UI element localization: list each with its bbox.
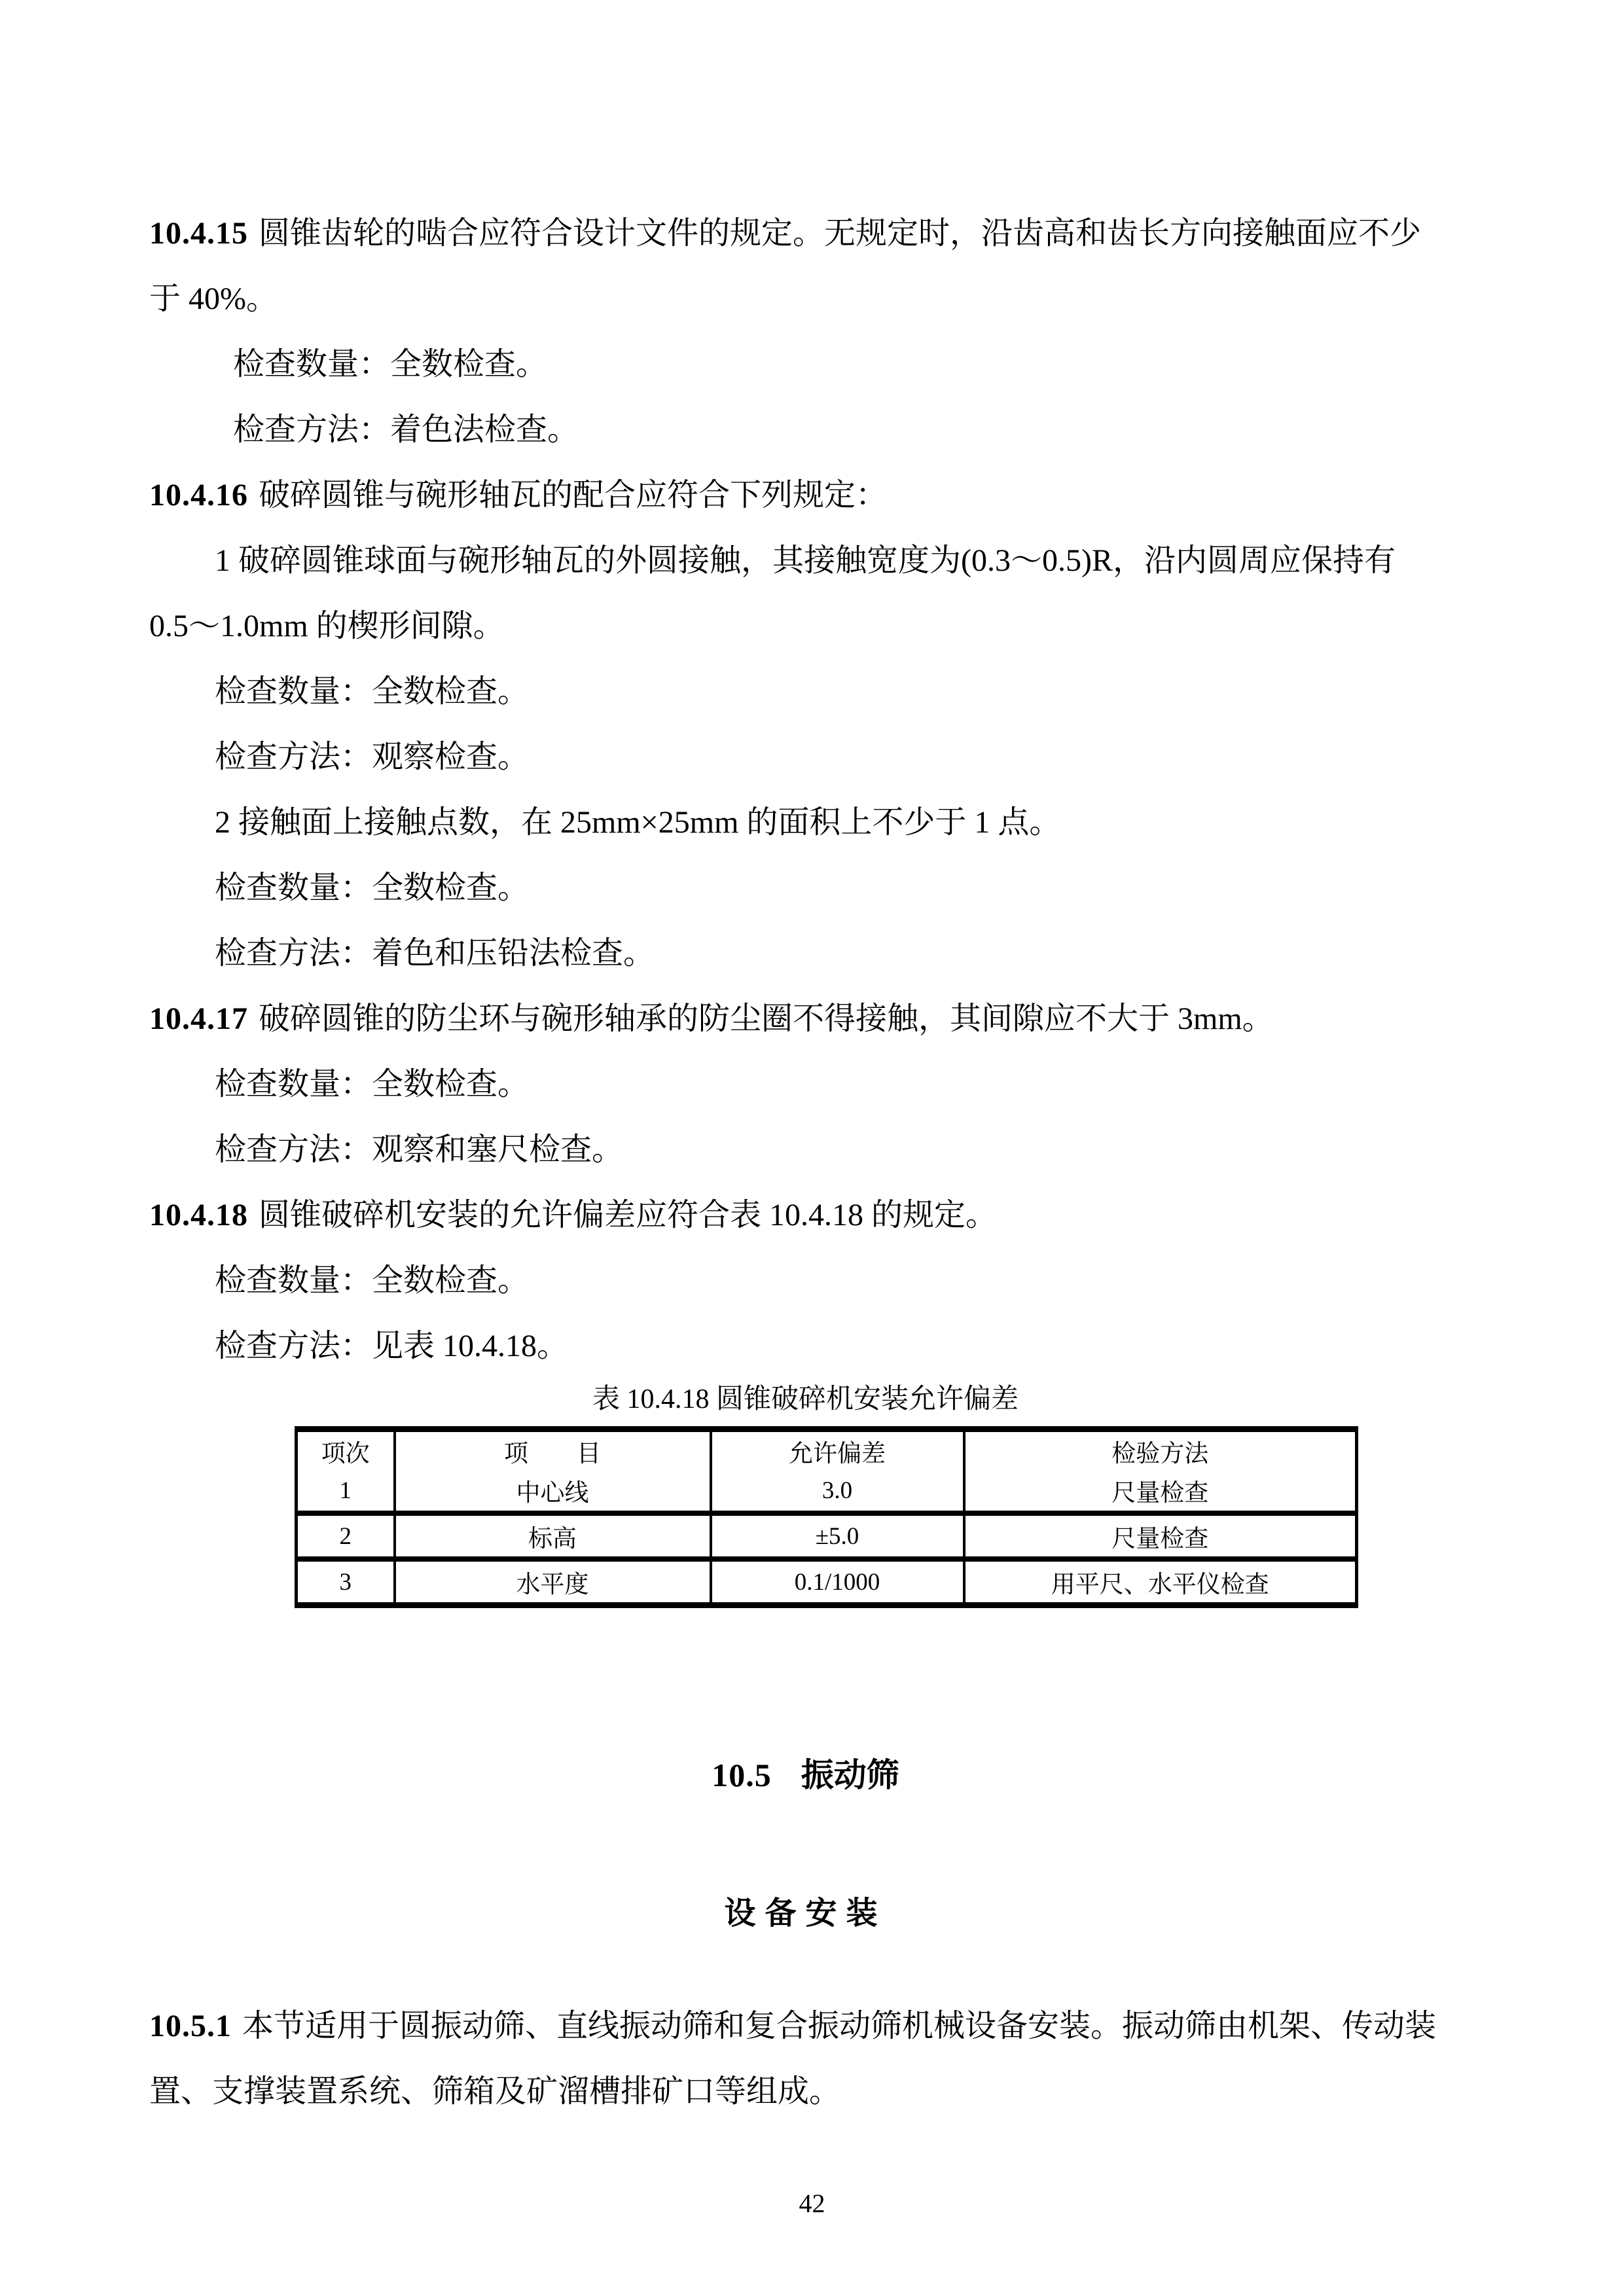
line-text: 检查数量：全数检查。 [215,674,529,709]
page-number: 42 [0,2186,1624,2221]
text-line: 10.4.17破碎圆锥的防尘环与碗形轴承的防尘圈不得接触，其间隙应不大于 3mm… [149,986,1462,1052]
table-cell: 1 [297,1470,395,1513]
clause-number: 10.4.18 [149,1198,248,1232]
text-line: 置、支撑装置系统、筛箱及矿溜槽排矿口等组成。 [149,2059,1462,2125]
table-header-cell: 项次 [297,1429,395,1471]
table-cell: 尺量检查 [964,1513,1357,1559]
text-line: 检查数量：全数检查。 [149,1248,1462,1314]
table-cell: 3 [297,1559,395,1605]
table-cell: 标高 [395,1513,711,1559]
line-text: 于 40%。 [149,281,278,316]
line-text: 置、支撑装置系统、筛箱及矿溜槽排矿口等组成。 [149,2074,840,2109]
table-header-cell: 检验方法 [964,1429,1357,1471]
text-line: 10.4.18圆锥破碎机安装的允许偏差应符合表 10.4.18 的规定。 [149,1183,1462,1248]
line-text: 2 接触面上接触点数，在 25mm×25mm 的面积上不少于 1 点。 [215,805,1060,840]
table-cell: 水平度 [395,1559,711,1605]
section-number: 10.5 [712,1757,772,1793]
table-cell: 2 [297,1513,395,1559]
table-caption: 表 10.4.18 圆锥破碎机安装允许偏差 [149,1379,1462,1420]
line-text: 检查方法：观察和塞尺检查。 [215,1132,623,1167]
table-row: 2标高±5.0尺量检查 [297,1513,1357,1559]
text-line: 检查数量：全数检查。 [149,855,1462,921]
table-row: 1中心线3.0尺量检查 [297,1470,1357,1513]
text-line: 检查方法：见表 10.4.18。 [149,1314,1462,1379]
line-text: 1 破碎圆锥球面与碗形轴瓦的外圆接触，其接触宽度为(0.3～0.5)R，沿内圆周… [215,543,1396,578]
document-content: 10.4.15圆锥齿轮的啮合应符合设计文件的规定。无规定时，沿齿高和齿长方向接触… [149,201,1462,2125]
line-text: 检查数量：全数检查。 [215,1263,529,1298]
text-line: 1 破碎圆锥球面与碗形轴瓦的外圆接触，其接触宽度为(0.3～0.5)R，沿内圆周… [149,528,1462,594]
text-line: 检查数量：全数检查。 [149,659,1462,725]
line-text: 圆锥齿轮的啮合应符合设计文件的规定。无规定时，沿齿高和齿长方向接触面应不少 [259,216,1421,251]
tolerance-table: 项次项 目允许偏差检验方法 1中心线3.0尺量检查2标高±5.0尺量检查3水平度… [295,1426,1358,1608]
line-text: 本节适用于圆振动筛、直线振动筛和复合振动筛机械设备安装。振动筛由机架、传动装 [242,2009,1436,2043]
line-text: 圆锥破碎机安装的允许偏差应符合表 10.4.18 的规定。 [259,1198,997,1232]
closing-paragraph: 10.5.1本节适用于圆振动筛、直线振动筛和复合振动筛机械设备安装。振动筛由机架… [149,1994,1462,2125]
table-row: 3水平度0.1/1000用平尺、水平仪检查 [297,1559,1357,1605]
text-line: 2 接触面上接触点数，在 25mm×25mm 的面积上不少于 1 点。 [149,790,1462,855]
line-text: 检查方法：见表 10.4.18。 [215,1329,568,1363]
table-cell: 3.0 [711,1470,964,1513]
line-text: 检查数量：全数检查。 [233,347,547,382]
line-text: 破碎圆锥的防尘环与碗形轴承的防尘圈不得接触，其间隙应不大于 3mm。 [259,1001,1274,1036]
line-text: 检查方法：着色法检查。 [233,412,579,447]
line-text: 检查数量：全数检查。 [215,1067,529,1102]
table-header-cell: 项 目 [395,1429,711,1471]
line-text: 检查方法：着色和压铅法检查。 [215,936,655,971]
clause-number: 10.4.15 [149,216,248,251]
clause-number: 10.4.16 [149,478,248,512]
section-title: 振动筛 [801,1757,899,1793]
text-line: 0.5～1.0mm 的楔形间隙。 [149,594,1462,659]
line-text: 检查方法：观察检查。 [215,740,529,774]
text-line: 检查数量：全数检查。 [149,1052,1462,1117]
line-text: 破碎圆锥与碗形轴瓦的配合应符合下列规定： [259,478,887,512]
line-text: 检查数量：全数检查。 [215,870,529,905]
text-line: 于 40%。 [149,266,1462,332]
table-cell: 中心线 [395,1470,711,1513]
table-header-row: 项次项 目允许偏差检验方法 [297,1429,1357,1471]
text-line: 10.5.1本节适用于圆振动筛、直线振动筛和复合振动筛机械设备安装。振动筛由机架… [149,1994,1462,2059]
table-header-cell: 允许偏差 [711,1429,964,1471]
text-line: 检查方法：观察检查。 [149,725,1462,790]
section-heading: 10.5振动筛 [149,1752,1462,1798]
table-cell: 尺量检查 [964,1470,1357,1513]
table-cell: 0.1/1000 [711,1559,964,1605]
text-line: 检查方法：着色和压铅法检查。 [149,921,1462,986]
clause-number: 10.5.1 [149,2009,232,2043]
table-cell: 用平尺、水平仪检查 [964,1559,1357,1605]
text-line: 检查方法：着色法检查。 [149,397,1462,463]
text-line: 10.4.15圆锥齿轮的啮合应符合设计文件的规定。无规定时，沿齿高和齿长方向接触… [149,201,1462,266]
table-cell: ±5.0 [711,1513,964,1559]
text-line: 检查数量：全数检查。 [149,332,1462,397]
sub-heading: 设备安装 [149,1893,1462,1935]
body-text-block: 10.4.15圆锥齿轮的啮合应符合设计文件的规定。无规定时，沿齿高和齿长方向接触… [149,201,1462,1379]
text-line: 10.4.16破碎圆锥与碗形轴瓦的配合应符合下列规定： [149,463,1462,528]
clause-number: 10.4.17 [149,1001,248,1036]
text-line: 检查方法：观察和塞尺检查。 [149,1117,1462,1183]
line-text: 0.5～1.0mm 的楔形间隙。 [149,609,505,643]
